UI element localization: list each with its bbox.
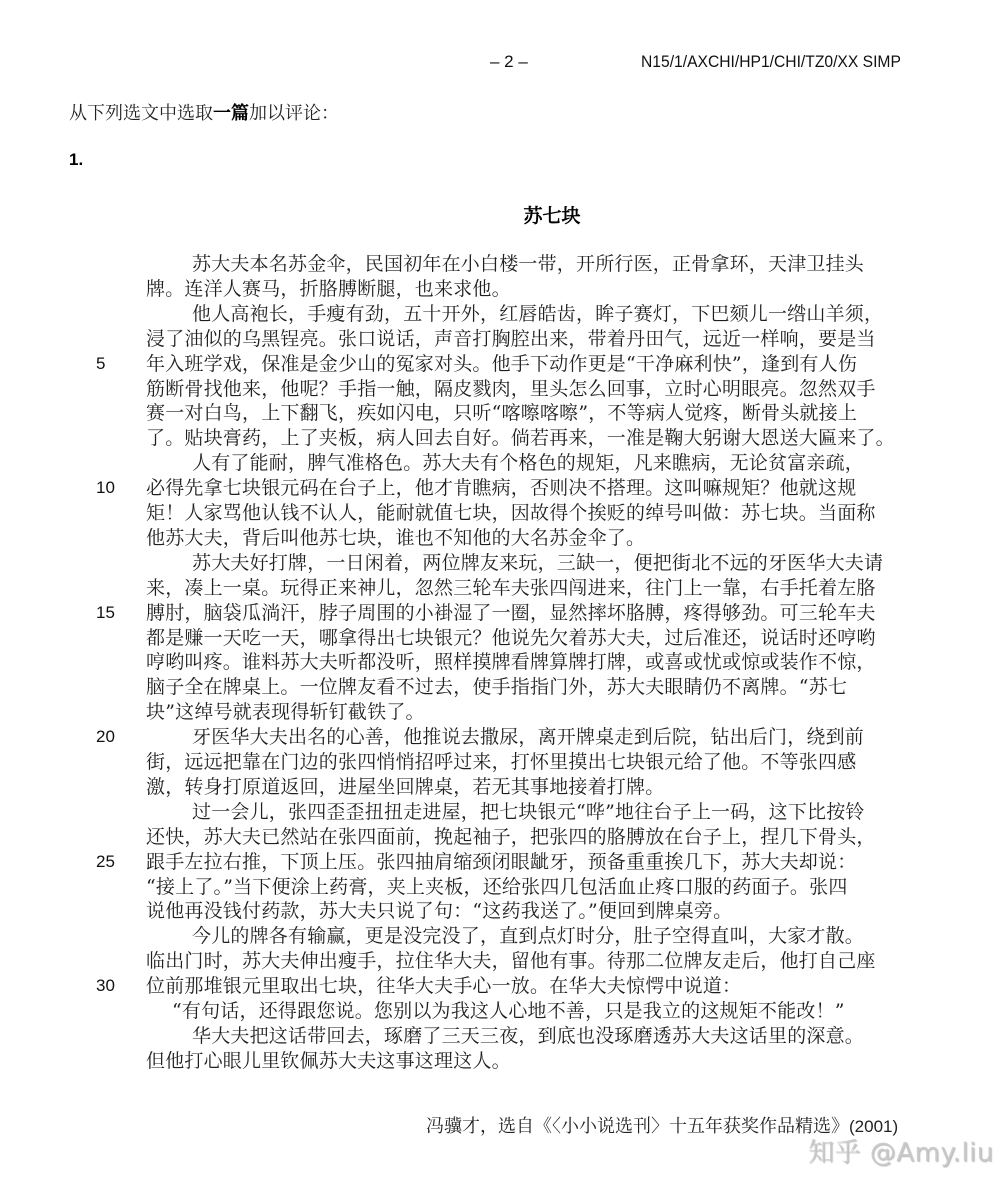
passage-line: 跟手左拉右推，下顶上压。张四抽肩缩颈闭眼龇牙，预备重重挨几下，苏大夫却说： [146,850,958,874]
passage-line: 膊肘，脑袋瓜淌汗，脖子周围的小褂湿了一圈，显然摔坏胳膊，疼得够劲。可三轮车夫 [146,601,958,625]
passage-line: 今儿的牌各有输赢，更是没完没了，直到点灯时分，肚子空得直叫，大家才散。 [192,924,1004,948]
line-number: 25 [96,852,120,872]
passage-line: 浸了油似的乌黑锃亮。张口说话，声音打胸腔出来，带着丹田气，远近一样响，要是当 [146,327,958,351]
passage-line: 他苏大夫，背后叫他苏七块，谁也不知他的大名苏金伞了。 [146,526,958,550]
passage-line: 他人高袍长，手瘦有劲，五十开外，红唇皓齿，眸子赛灯，下巴颏儿一绺山羊须， [192,302,1004,326]
passage-line: 了。贴块膏药，上了夹板，病人回去自好。倘若再来，一准是鞠大躬谢大恩送大匾来了。 [146,426,958,450]
passage-line: 还快，苏大夫已然站在张四面前，挽起袖子，把张四的胳膊放在台子上，捏几下骨头， [146,825,958,849]
watermark: 知乎 @Amy.liu [808,1132,994,1169]
line-number: 15 [96,603,120,623]
passage-body: 苏大夫本名苏金伞，民国初年在小白楼一带，开所行医，正骨拿环，天津卫挂头牌。连洋人… [0,0,1004,1190]
passage-line: 华大夫把这话带回去，琢磨了三天三夜，到底也没琢磨透苏大夫这话里的深意。 [192,1024,1004,1048]
passage-line: 筋断骨找他来，他呢？手指一触，隔皮戮肉，里头怎么回事，立时心明眼亮。忽然双手 [146,377,958,401]
passage-line: 临出门时，苏大夫伸出瘦手，拉住华大夫，留他有事。待那二位牌友走后，他打自己座 [146,949,958,973]
line-number: 5 [96,354,120,374]
passage-line: 但他打心眼儿里钦佩苏大夫这事这理这人。 [146,1049,958,1073]
line-number: 30 [96,976,120,996]
passage-line: 年入班学戏，保准是金少山的冤家对头。他手下动作更是“干净麻利快”，逢到有人伤 [146,352,958,376]
passage-line: 苏大夫本名苏金伞，民国初年在小白楼一带，开所行医，正骨拿环，天津卫挂头 [192,252,1004,276]
passage-line: 位前那堆银元里取出七块，往华大夫手心一放。在华大夫惊愕中说道： [146,974,958,998]
passage-line: 街，远远把靠在门边的张四悄悄招呼过来，打怀里摸出七块银元给了他。不等张四感 [146,750,958,774]
passage-line: 激，转身打原道返回，进屋坐回牌桌，若无其事地接着打牌。 [146,775,958,799]
passage-line: 过一会儿，张四歪歪扭扭走进屋，把七块银元“哗”地往台子上一码，这下比按铃 [192,800,1004,824]
passage-line: “有句话，还得跟您说。您别以为我这人心地不善，只是我立的这规矩不能改！” [172,999,984,1023]
passage-line: 脑子全在牌桌上。一位牌友看不过去，使手指指门外，苏大夫眼睛仍不离牌。“苏七 [146,675,958,699]
passage-line: 矩！人家骂他认钱不认人，能耐就值七块，因故得个挨贬的绰号叫做：苏七块。当面称 [146,501,958,525]
passage-line: 赛一对白鸟，上下翻飞，疾如闪电，只听“喀嚓喀嚓”，不等病人觉疼，断骨头就接上 [146,401,958,425]
line-number: 20 [96,727,120,747]
passage-line: 哼哟叫疼。谁料苏大夫听都没听，照样摸牌看牌算牌打牌，或喜或忧或惊或装作不惊， [146,650,958,674]
passage-line: 说他再没钱付药款，苏大夫只说了句：“这药我送了。”便回到牌桌旁。 [146,899,958,923]
source-text: 冯骥才，选自《〈小小说选刊〉十五年获奖作品精选》 [426,1116,849,1137]
passage-line: 来，凑上一桌。玩得正来神儿，忽然三轮车夫张四闯进来，往门上一靠，右手托着左胳 [146,576,958,600]
passage-line: 苏大夫好打牌，一日闲着，两位牌友来玩，三缺一，便把街北不远的牙医华大夫请 [192,551,1004,575]
passage-line: 必得先拿七块银元码在台子上，他才肯瞧病，否则决不搭理。这叫嘛规矩？他就这规 [146,476,958,500]
passage-line: “接上了。”当下便涂上药膏，夹上夹板，还给张四几包活血止疼口服的药面子。张四 [146,875,958,899]
line-number: 10 [96,478,120,498]
passage-line: 都是赚一天吃一天，哪拿得出七块银元？他说先欠着苏大夫，过后准还，说话时还哼哟 [146,626,958,650]
passage-line: 块”这绰号就表现得斩钉截铁了。 [146,700,958,724]
passage-line: 牙医华大夫出名的心善，他推说去撒尿，离开牌桌走到后院，钻出后门，绕到前 [192,725,1004,749]
passage-line: 人有了能耐，脾气准格色。苏大夫有个格色的规矩，凡来瞧病，无论贫富亲疏， [192,451,1004,475]
passage-line: 牌。连洋人赛马，折胳膊断腿，也来求他。 [146,277,958,301]
